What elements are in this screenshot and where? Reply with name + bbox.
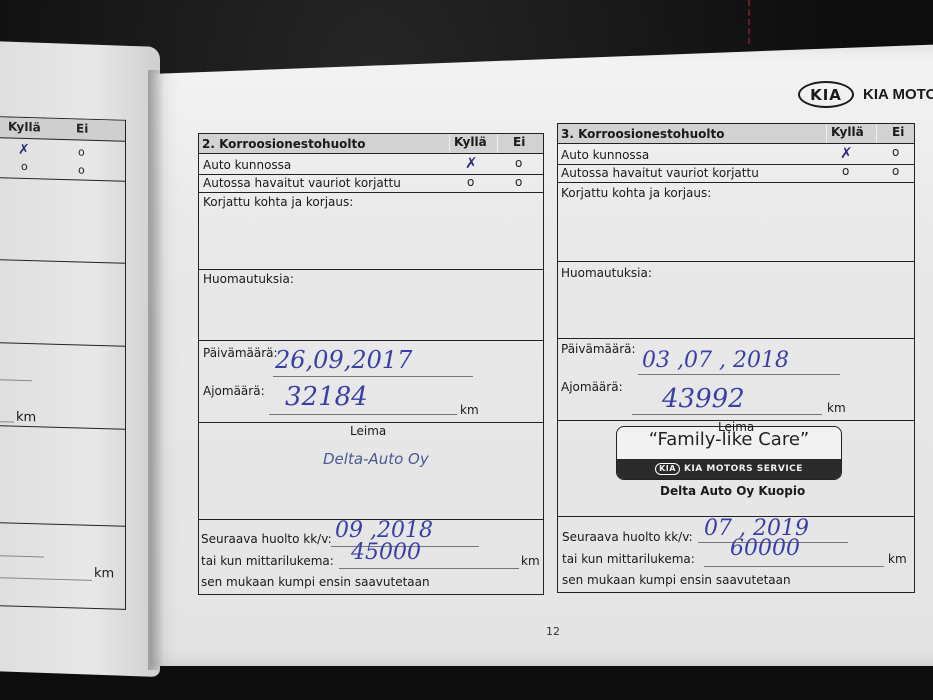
checkbox-yes[interactable]: o — [842, 164, 849, 178]
kia-motors-text: KIA MOTO — [863, 86, 933, 103]
row-divider — [558, 261, 914, 262]
whichever-text: sen mukaan kumpi ensin saavutetaan — [201, 575, 430, 589]
checkbox-yes[interactable]: o — [467, 175, 474, 189]
row-divider — [199, 192, 543, 193]
row-divider — [0, 342, 125, 347]
odometer-underline — [0, 577, 92, 581]
dealer-stamp: Delta-Auto Oy — [323, 450, 429, 468]
header-separator — [449, 134, 450, 153]
form-header: 2. Korroosionestohuolto Kyllä Ei — [199, 134, 543, 154]
mileage-value[interactable]: 32184 — [285, 382, 368, 412]
checkbox-yes-checked[interactable]: ✗ — [840, 144, 853, 162]
row-divider — [199, 422, 543, 423]
checkbox-no[interactable]: o — [892, 145, 899, 159]
odometer-label: tai kun mittarilukema: — [562, 552, 695, 566]
odometer-unit: km — [521, 554, 540, 568]
checkbox-yes-row1[interactable]: ✗ — [18, 142, 30, 158]
row-label: Auto kunnossa — [203, 158, 291, 172]
row-divider — [199, 174, 543, 175]
form-title: 3. Korroosionestohuolto — [561, 127, 724, 141]
stamp-label: Leima — [718, 420, 754, 434]
stamp-band-text: KIA MOTORS SERVICE — [684, 464, 803, 474]
checkbox-no[interactable]: o — [515, 175, 522, 189]
left-form-header: Kyllä Ei — [0, 117, 125, 142]
row-divider — [0, 177, 125, 182]
form-title: 2. Korroosionestohuolto — [202, 137, 365, 151]
row-divider — [558, 164, 914, 165]
odometer-value[interactable]: 45000 — [351, 540, 421, 565]
row-divider — [558, 338, 914, 339]
kia-oval-logo-icon: KIA — [655, 463, 680, 475]
date-underline — [638, 374, 840, 375]
km-unit: km — [827, 401, 846, 415]
odometer-label: tai kun mittarilukema: — [201, 554, 334, 568]
next-service-label: Seuraava huolto kk/v: — [201, 532, 332, 546]
notes-label: Huomautuksia: — [203, 272, 294, 286]
row-label: Autossa havaitut vauriot korjattu — [561, 166, 759, 180]
kia-brand-logo: KIA KIA MOTO — [798, 81, 933, 108]
checkbox-no[interactable]: o — [892, 164, 899, 178]
checkbox-yes-row2[interactable]: o — [21, 160, 28, 173]
next-service-underline — [0, 555, 44, 557]
row-divider — [199, 269, 543, 270]
mileage-underline — [0, 421, 14, 423]
row-divider — [0, 522, 125, 527]
date-underline — [273, 376, 473, 377]
service-form-2: 2. Korroosionestohuolto Kyllä Ei Auto ku… — [198, 133, 544, 595]
mileage-underline — [269, 414, 457, 415]
date-label: Päivämäärä: — [203, 346, 278, 360]
mileage-label: Ajomäärä: — [203, 384, 265, 398]
form-header: 3. Korroosionestohuolto Kyllä Ei — [558, 124, 914, 144]
odometer-underline — [704, 566, 884, 567]
col-no-label: Ei — [513, 135, 525, 149]
kia-oval-logo-icon: KIA — [798, 81, 854, 108]
row-divider — [558, 182, 914, 183]
row-divider — [0, 425, 125, 430]
col-yes-label: Kyllä — [831, 125, 864, 139]
km-unit: km — [460, 403, 479, 417]
col-yes-label: Kyllä — [8, 120, 41, 135]
page-number: 12 — [546, 625, 560, 638]
checkbox-no-row1[interactable]: o — [78, 145, 85, 158]
odometer-underline — [339, 568, 519, 569]
km-unit: km — [16, 410, 36, 426]
checkbox-no[interactable]: o — [515, 156, 522, 170]
odometer-unit: km — [888, 552, 907, 566]
date-label: Päivämäärä: — [561, 342, 636, 356]
stamp-dealer: Delta Auto Oy Kuopio — [660, 484, 805, 498]
service-form-3: 3. Korroosionestohuolto Kyllä Ei Auto ku… — [557, 123, 915, 593]
left-page-form: Kyllä Ei ✗ o o o km km — [0, 116, 126, 610]
seat-stitching — [748, 0, 752, 44]
repair-label: Korjattu kohta ja korjaus: — [203, 195, 353, 209]
col-yes-label: Kyllä — [454, 135, 487, 149]
header-separator — [497, 134, 498, 153]
mileage-underline — [632, 414, 822, 415]
date-underline — [0, 379, 32, 381]
kia-service-stamp: “Family-like Care” KIAKIA MOTORS SERVICE — [616, 426, 842, 480]
header-separator — [826, 124, 827, 143]
km-unit: km — [94, 566, 114, 582]
repair-label: Korjattu kohta ja korjaus: — [561, 186, 711, 200]
stamp-band: KIAKIA MOTORS SERVICE — [617, 459, 841, 479]
stamp-label: Leima — [350, 424, 386, 438]
header-separator — [876, 124, 877, 143]
row-label: Auto kunnossa — [561, 148, 649, 162]
book-spine — [148, 70, 164, 670]
date-value[interactable]: 03 ,07 , 2018 — [642, 348, 789, 373]
whichever-text: sen mukaan kumpi ensin saavutetaan — [562, 573, 791, 587]
row-divider — [199, 340, 543, 341]
row-divider — [0, 259, 125, 264]
checkbox-yes-checked[interactable]: ✗ — [465, 154, 478, 172]
mileage-value[interactable]: 43992 — [662, 384, 745, 414]
checkbox-no-row2[interactable]: o — [78, 163, 85, 176]
notes-label: Huomautuksia: — [561, 266, 652, 280]
next-service-label: Seuraava huolto kk/v: — [562, 530, 693, 544]
mileage-label: Ajomäärä: — [561, 380, 623, 394]
col-no-label: Ei — [892, 125, 904, 139]
row-label: Autossa havaitut vauriot korjattu — [203, 176, 401, 190]
col-no-label: Ei — [76, 121, 88, 135]
odometer-value[interactable]: 60000 — [730, 536, 800, 561]
date-value[interactable]: 26,09,2017 — [275, 346, 412, 374]
